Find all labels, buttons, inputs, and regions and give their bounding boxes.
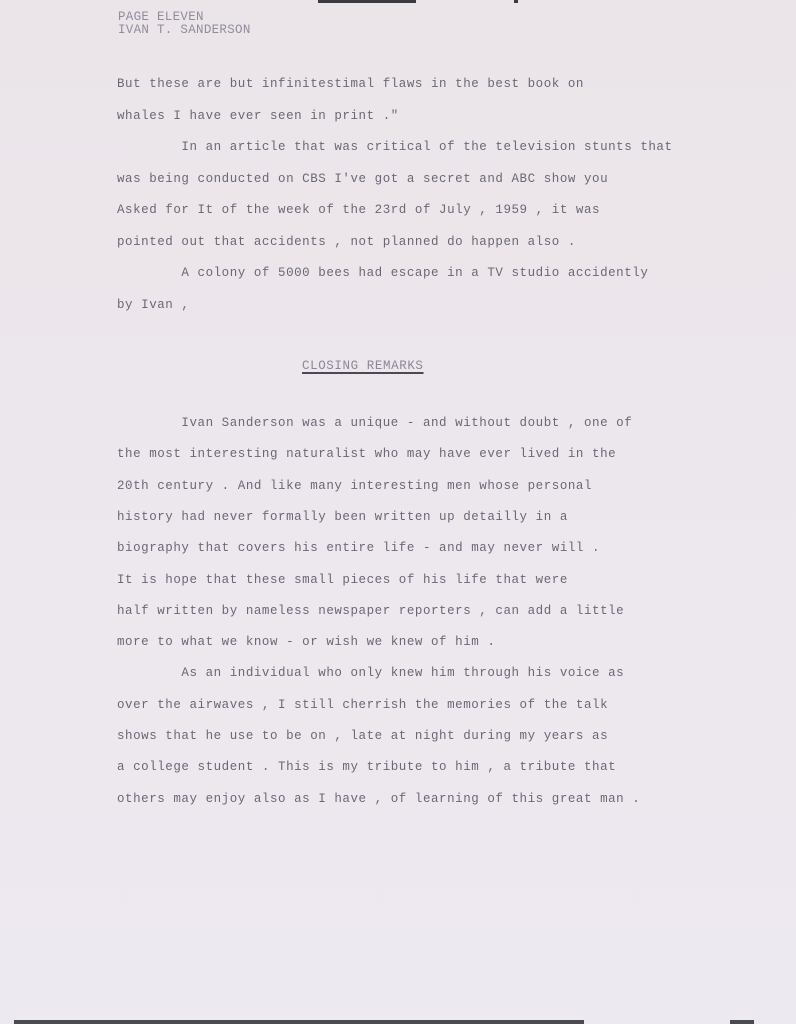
text-line: But these are but infinitestimal flaws i…: [117, 77, 584, 91]
text-line: Ivan Sanderson was a unique - and withou…: [117, 416, 632, 430]
text-line: a college student . This is my tribute t…: [117, 760, 616, 774]
text-line: half written by nameless newspaper repor…: [117, 604, 624, 618]
text-line: 20th century . And like many interesting…: [117, 479, 592, 493]
text-line: biography that covers his entire life - …: [117, 541, 600, 555]
top-edge-mark: [318, 0, 416, 3]
text-line: others may enjoy also as I have , of lea…: [117, 792, 640, 806]
text-line: pointed out that accidents , not planned…: [117, 235, 576, 249]
section-heading-closing-remarks: CLOSING REMARKS: [302, 359, 424, 373]
text-line: A colony of 5000 bees had escape in a TV…: [117, 266, 648, 280]
bottom-edge-rule: [14, 1020, 584, 1024]
text-line: more to what we know - or wish we knew o…: [117, 635, 495, 649]
text-line: history had never formally been written …: [117, 510, 568, 524]
text-line: shows that he use to be on , late at nig…: [117, 729, 608, 743]
bottom-edge-mark: [730, 1020, 754, 1024]
text-line: by Ivan ,: [117, 298, 189, 312]
top-edge-mark-small: [514, 0, 518, 3]
text-line: Asked for It of the week of the 23rd of …: [117, 203, 600, 217]
text-line: whales I have ever seen in print .": [117, 109, 399, 123]
text-line: was being conducted on CBS I've got a se…: [117, 172, 608, 186]
text-line: over the airwaves , I still cherrish the…: [117, 698, 608, 712]
text-line: In an article that was critical of the t…: [117, 140, 673, 154]
text-line: As an individual who only knew him throu…: [117, 666, 624, 680]
subject-name: IVAN T. SANDERSON: [118, 24, 251, 37]
page-header: PAGE ELEVEN IVAN T. SANDERSON: [118, 11, 251, 37]
text-line: the most interesting naturalist who may …: [117, 447, 616, 461]
text-line: It is hope that these small pieces of hi…: [117, 573, 568, 587]
typewritten-page: PAGE ELEVEN IVAN T. SANDERSON But these …: [0, 0, 796, 1024]
